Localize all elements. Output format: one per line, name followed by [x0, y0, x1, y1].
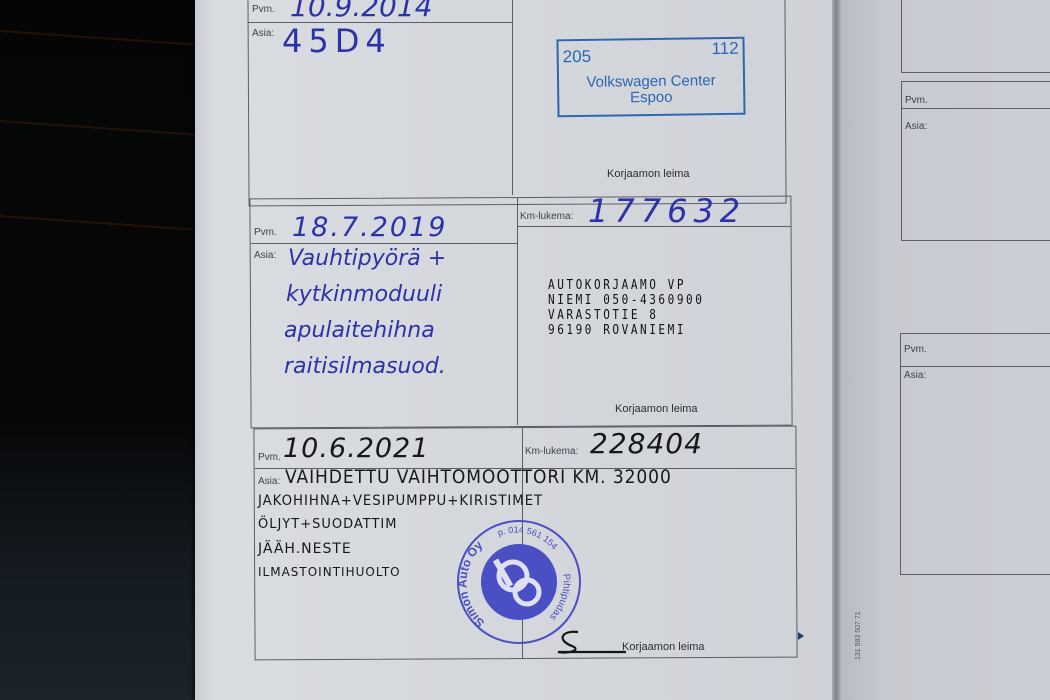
stamp-line: AUTOKORJAAMO VP	[548, 278, 704, 293]
date-label: Pvm.	[252, 4, 275, 15]
stamp-name-line-2: Espoo	[559, 89, 743, 108]
entry-2-date-rule	[251, 243, 517, 244]
stamp-number-right: 112	[711, 39, 738, 59]
signature	[548, 626, 628, 660]
subject-label: Asia:	[254, 250, 276, 261]
shop-stamp-label: Korjaamon leima	[615, 403, 698, 415]
right-entry-1-date-rule	[902, 108, 1050, 109]
entry-2-odometer: 177632	[588, 192, 746, 230]
dark-background	[0, 0, 200, 700]
date-label: Pvm.	[905, 95, 928, 106]
entry-2-subject-line: apulaitehihna	[284, 318, 435, 343]
entry-1-subject-line: 45D4	[282, 22, 392, 60]
entry-3-subject-line: JAKOHIHNA+VESIPUMPPU+KIRISTIMET	[258, 493, 543, 509]
odometer-label: Km-lukema:	[520, 211, 573, 222]
volkswagen-stamp: 205 112 Volkswagen Center Espoo	[556, 37, 745, 118]
entry-3-subject-line: JÄÄH.NESTE	[258, 541, 352, 557]
entry-3-subject-line: ILMASTOINTIHUOLTO	[258, 565, 401, 579]
shop-stamp-label: Korjaamon leima	[622, 641, 705, 653]
odometer-label: Km-lukema:	[525, 446, 578, 457]
entry-2-divider	[517, 197, 518, 425]
book-gutter	[832, 0, 842, 700]
date-label: Pvm.	[904, 344, 927, 355]
next-page-arrow-icon	[798, 632, 804, 640]
subject-label: Asia:	[905, 121, 927, 132]
right-entry-2-date-rule	[901, 366, 1050, 367]
entry-2-subject-line: Vauhtipyörä +	[288, 246, 446, 271]
entry-3-date: 10.6.2021	[283, 433, 429, 464]
date-label: Pvm.	[254, 227, 277, 238]
stamp-line: VARASTOTIE 8	[548, 308, 704, 323]
stamp-number-left: 205	[563, 47, 592, 67]
shop-stamp-label: Korjaamon leima	[607, 168, 690, 180]
subject-label: Asia:	[258, 476, 280, 487]
stamp-line: 96190 ROVANIEMI	[548, 323, 704, 338]
date-label: Pvm.	[258, 452, 281, 463]
entry-1-date: 10.9.2014	[290, 0, 433, 23]
entry-3-subject-line: VAIHDETTU VAIHTOMOOTTORI KM. 32000	[285, 466, 672, 488]
right-entry-0-frame	[901, 0, 1050, 73]
entry-2-subject-line: kytkinmoduuli	[286, 282, 442, 307]
document-number: 131 583 507 71	[855, 611, 862, 660]
entry-2-date: 18.7.2019	[292, 212, 447, 243]
entry-2-subject-line: raitisilmasuod.	[284, 354, 446, 379]
entry-3-subject-line: ÖLJYT+SUODATTIM	[258, 517, 397, 532]
autokorjaamo-stamp: AUTOKORJAAMO VPNIEMI 050-4360900VARASTOT…	[548, 278, 704, 338]
subject-label: Asia:	[252, 28, 274, 39]
subject-label: Asia:	[904, 370, 926, 381]
entry-3-odometer: 228404	[590, 427, 703, 460]
stamp-line: NIEMI 050-4360900	[548, 293, 704, 308]
entry-1-divider	[512, 0, 513, 195]
